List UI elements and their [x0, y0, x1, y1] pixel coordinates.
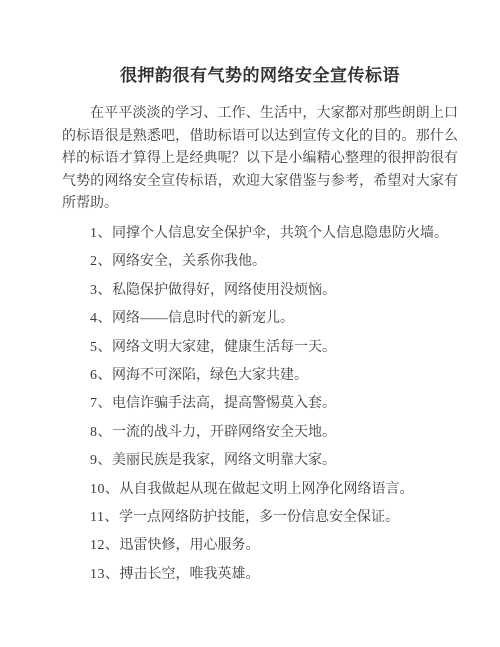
item-text: 从自我做起从现在做起文明上网净化网络语言。 [120, 482, 414, 497]
list-item: 2、网络安全，关系你我他。 [62, 248, 458, 276]
item-number: 11、 [90, 510, 119, 525]
list-item: 11、学一点网络防护技能，多一份信息安全保证。 [62, 504, 458, 532]
page-title: 很押韵很有气势的网络安全宣传标语 [62, 66, 458, 86]
list-item: 13、搏击长空，唯我英雄。 [62, 561, 458, 589]
item-number: 6、 [90, 368, 112, 383]
slogan-list: 1、同撑个人信息安全保护伞，共筑个人信息隐患防火墙。2、网络安全，关系你我他。3… [62, 220, 458, 589]
item-text: 一流的战斗力，开辟网络安全天地。 [112, 425, 336, 440]
item-text: 网络——信息时代的新宠儿。 [112, 311, 294, 326]
item-text: 迅雷快修，用心服务。 [120, 538, 260, 553]
list-item: 1、同撑个人信息安全保护伞，共筑个人信息隐患防火墙。 [62, 220, 458, 248]
item-number: 5、 [90, 340, 112, 355]
document-page: 很押韵很有气势的网络安全宣传标语 在平平淡淡的学习、工作、生活中，大家都对那些朗… [0, 0, 500, 647]
list-item: 12、迅雷快修，用心服务。 [62, 532, 458, 560]
list-item: 8、一流的战斗力，开辟网络安全天地。 [62, 419, 458, 447]
item-number: 8、 [90, 425, 112, 440]
item-text: 电信诈骗手法高，提高警惕莫入套。 [112, 396, 336, 411]
list-item: 4、网络——信息时代的新宠儿。 [62, 305, 458, 333]
list-item: 6、网海不可深陷，绿色大家共建。 [62, 362, 458, 390]
item-number: 3、 [90, 283, 112, 298]
item-text: 网海不可深陷，绿色大家共建。 [112, 368, 308, 383]
item-number: 2、 [90, 254, 112, 269]
list-item: 3、私隐保护做得好，网络使用没烦恼。 [62, 277, 458, 305]
item-number: 10、 [90, 482, 120, 497]
item-text: 美丽民族是我家，网络文明靠大家。 [112, 453, 336, 468]
item-text: 搏击长空，唯我英雄。 [120, 567, 260, 582]
item-number: 1、 [90, 226, 112, 241]
list-item: 7、电信诈骗手法高，提高警惕莫入套。 [62, 390, 458, 418]
list-item: 5、网络文明大家建，健康生活每一天。 [62, 334, 458, 362]
item-text: 私隐保护做得好，网络使用没烦恼。 [112, 283, 336, 298]
item-number: 9、 [90, 453, 112, 468]
item-number: 7、 [90, 396, 112, 411]
item-number: 4、 [90, 311, 112, 326]
item-text: 学一点网络防护技能，多一份信息安全保证。 [119, 510, 399, 525]
list-item: 10、从自我做起从现在做起文明上网净化网络语言。 [62, 476, 458, 504]
list-item: 9、美丽民族是我家，网络文明靠大家。 [62, 447, 458, 475]
item-number: 12、 [90, 538, 120, 553]
item-text: 同撑个人信息安全保护伞，共筑个人信息隐患防火墙。 [112, 226, 448, 241]
intro-paragraph: 在平平淡淡的学习、工作、生活中，大家都对那些朗朗上口的标语很是熟悉吧，借助标语可… [62, 103, 458, 216]
item-text: 网络文明大家建，健康生活每一天。 [112, 340, 336, 355]
item-text: 网络安全，关系你我他。 [112, 254, 266, 269]
item-number: 13、 [90, 567, 120, 582]
